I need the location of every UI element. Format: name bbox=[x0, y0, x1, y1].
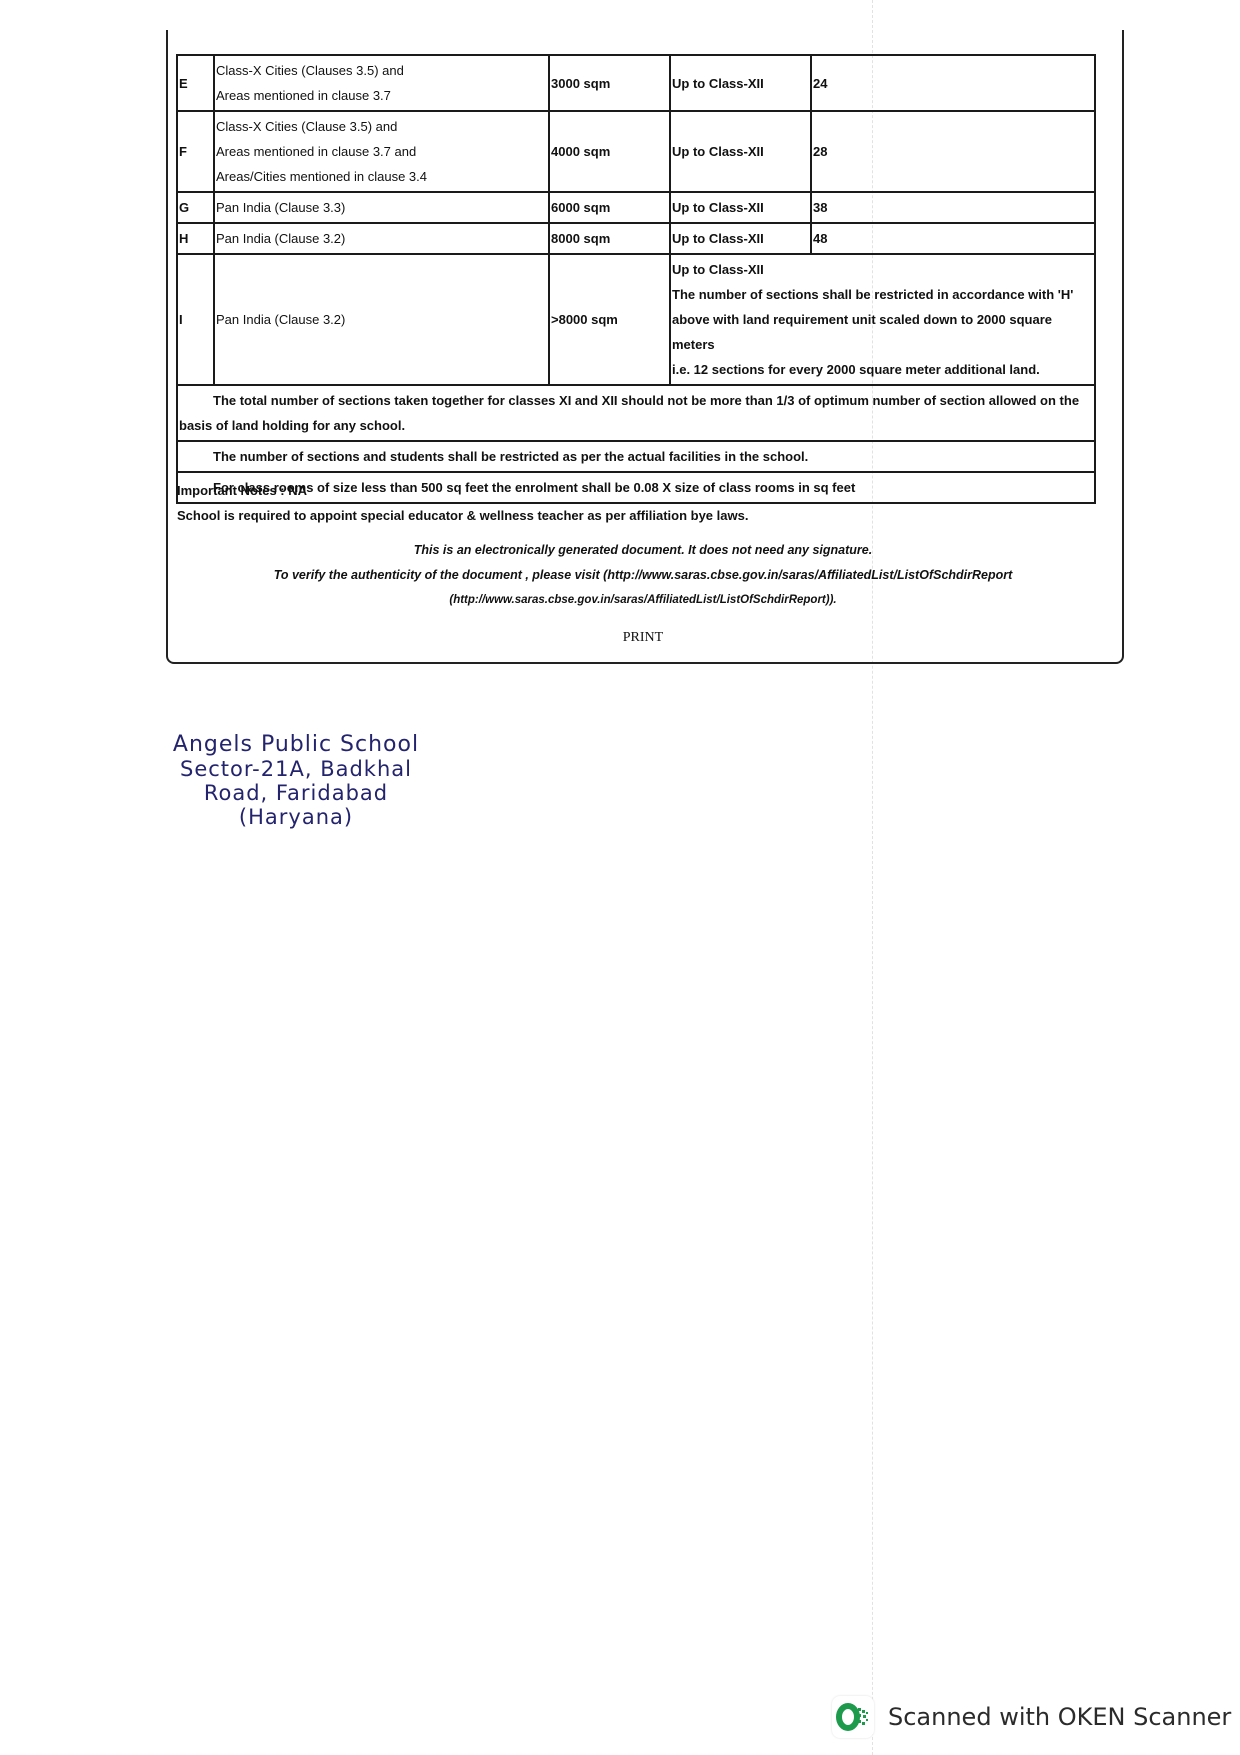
area-cell: Pan India (Clause 3.2) bbox=[214, 254, 549, 385]
table-row: EClass-X Cities (Clauses 3.5) andAreas m… bbox=[177, 55, 1095, 111]
category-cell: H bbox=[177, 223, 214, 254]
area-line: Pan India (Clause 3.3) bbox=[216, 195, 548, 220]
important-notes: Important Notes : NA School is required … bbox=[177, 478, 748, 528]
land-cell: 6000 sqm bbox=[549, 192, 670, 223]
note-row: The number of sections and students shal… bbox=[177, 441, 1095, 472]
area-line: Areas mentioned in clause 3.7 and bbox=[216, 139, 548, 164]
area-line: Areas mentioned in clause 3.7 bbox=[216, 83, 548, 108]
classes-cell: Up to Class-XII bbox=[670, 223, 811, 254]
stamp-line: Sector-21A, Badkhal bbox=[160, 757, 432, 781]
note-line: basis of land holding for any school. bbox=[179, 413, 1094, 438]
land-cell: 4000 sqm bbox=[549, 111, 670, 192]
school-stamp: Angels Public School Sector-21A, Badkhal… bbox=[160, 733, 432, 829]
note-row: The total number of sections taken toget… bbox=[177, 385, 1095, 441]
area-cell: Class-X Cities (Clause 3.5) andAreas men… bbox=[214, 111, 549, 192]
classes-cell: Up to Class-XII bbox=[670, 55, 811, 111]
area-cell: Pan India (Clause 3.3) bbox=[214, 192, 549, 223]
land-cell: 8000 sqm bbox=[549, 223, 670, 254]
section-line: above with land requirement unit scaled … bbox=[672, 307, 1094, 357]
land-requirement-table: EClass-X Cities (Clauses 3.5) andAreas m… bbox=[176, 54, 1096, 504]
classes-cell: Up to Class-XII bbox=[670, 111, 811, 192]
table-row: IPan India (Clause 3.2)>8000 sqmUp to Cl… bbox=[177, 254, 1095, 385]
land-cell: 3000 sqm bbox=[549, 55, 670, 111]
area-line: Class-X Cities (Clauses 3.5) and bbox=[216, 58, 548, 83]
sections-cell: 38 bbox=[811, 192, 1095, 223]
category-cell: G bbox=[177, 192, 214, 223]
table-row: FClass-X Cities (Clause 3.5) andAreas me… bbox=[177, 111, 1095, 192]
category-cell: F bbox=[177, 111, 214, 192]
classes-sections-cell: Up to Class-XIIThe number of sections sh… bbox=[670, 254, 1095, 385]
section-line: The number of sections shall be restrict… bbox=[672, 282, 1094, 307]
classes-cell: Up to Class-XII bbox=[670, 192, 811, 223]
area-cell: Pan India (Clause 3.2) bbox=[214, 223, 549, 254]
area-line: Class-X Cities (Clause 3.5) and bbox=[216, 114, 548, 139]
note-cell: The total number of sections taken toget… bbox=[177, 385, 1095, 441]
stamp-line: (Haryana) bbox=[160, 805, 432, 829]
sections-cell: 24 bbox=[811, 55, 1095, 111]
table-row: HPan India (Clause 3.2)8000 sqmUp to Cla… bbox=[177, 223, 1095, 254]
stamp-line: Angels Public School bbox=[160, 733, 432, 757]
area-line: Pan India (Clause 3.2) bbox=[216, 226, 548, 251]
section-line: i.e. 12 sections for every 2000 square m… bbox=[672, 357, 1094, 382]
verify-link[interactable]: (http://www.saras.cbse.gov.in/saras/Affi… bbox=[166, 594, 1120, 606]
area-cell: Class-X Cities (Clauses 3.5) andAreas me… bbox=[214, 55, 549, 111]
generated-notice: This is an electronically generated docu… bbox=[166, 543, 1120, 557]
important-notes-heading: Important Notes : NA bbox=[177, 478, 748, 503]
note-cell: The number of sections and students shal… bbox=[177, 441, 1095, 472]
oken-scanner-logo-icon bbox=[832, 1696, 874, 1738]
note-line: The total number of sections taken toget… bbox=[179, 388, 1094, 413]
section-line: Up to Class-XII bbox=[672, 257, 1094, 282]
sections-cell: 48 bbox=[811, 223, 1095, 254]
stamp-line: Road, Faridabad bbox=[160, 781, 432, 805]
print-button[interactable]: PRINT bbox=[166, 630, 1120, 646]
category-cell: E bbox=[177, 55, 214, 111]
area-line: Pan India (Clause 3.2) bbox=[216, 307, 548, 332]
sections-cell: 28 bbox=[811, 111, 1095, 192]
category-cell: I bbox=[177, 254, 214, 385]
verify-notice[interactable]: To verify the authenticity of the docume… bbox=[166, 568, 1120, 582]
land-cell: >8000 sqm bbox=[549, 254, 670, 385]
scanner-badge-text: Scanned with OKEN Scanner bbox=[888, 1703, 1231, 1731]
table-row: GPan India (Clause 3.3)6000 sqmUp to Cla… bbox=[177, 192, 1095, 223]
scanner-badge: Scanned with OKEN Scanner bbox=[832, 1696, 1231, 1738]
area-line: Areas/Cities mentioned in clause 3.4 bbox=[216, 164, 548, 189]
important-notes-text: School is required to appoint special ed… bbox=[177, 503, 748, 528]
note-line: The number of sections and students shal… bbox=[179, 444, 1094, 469]
